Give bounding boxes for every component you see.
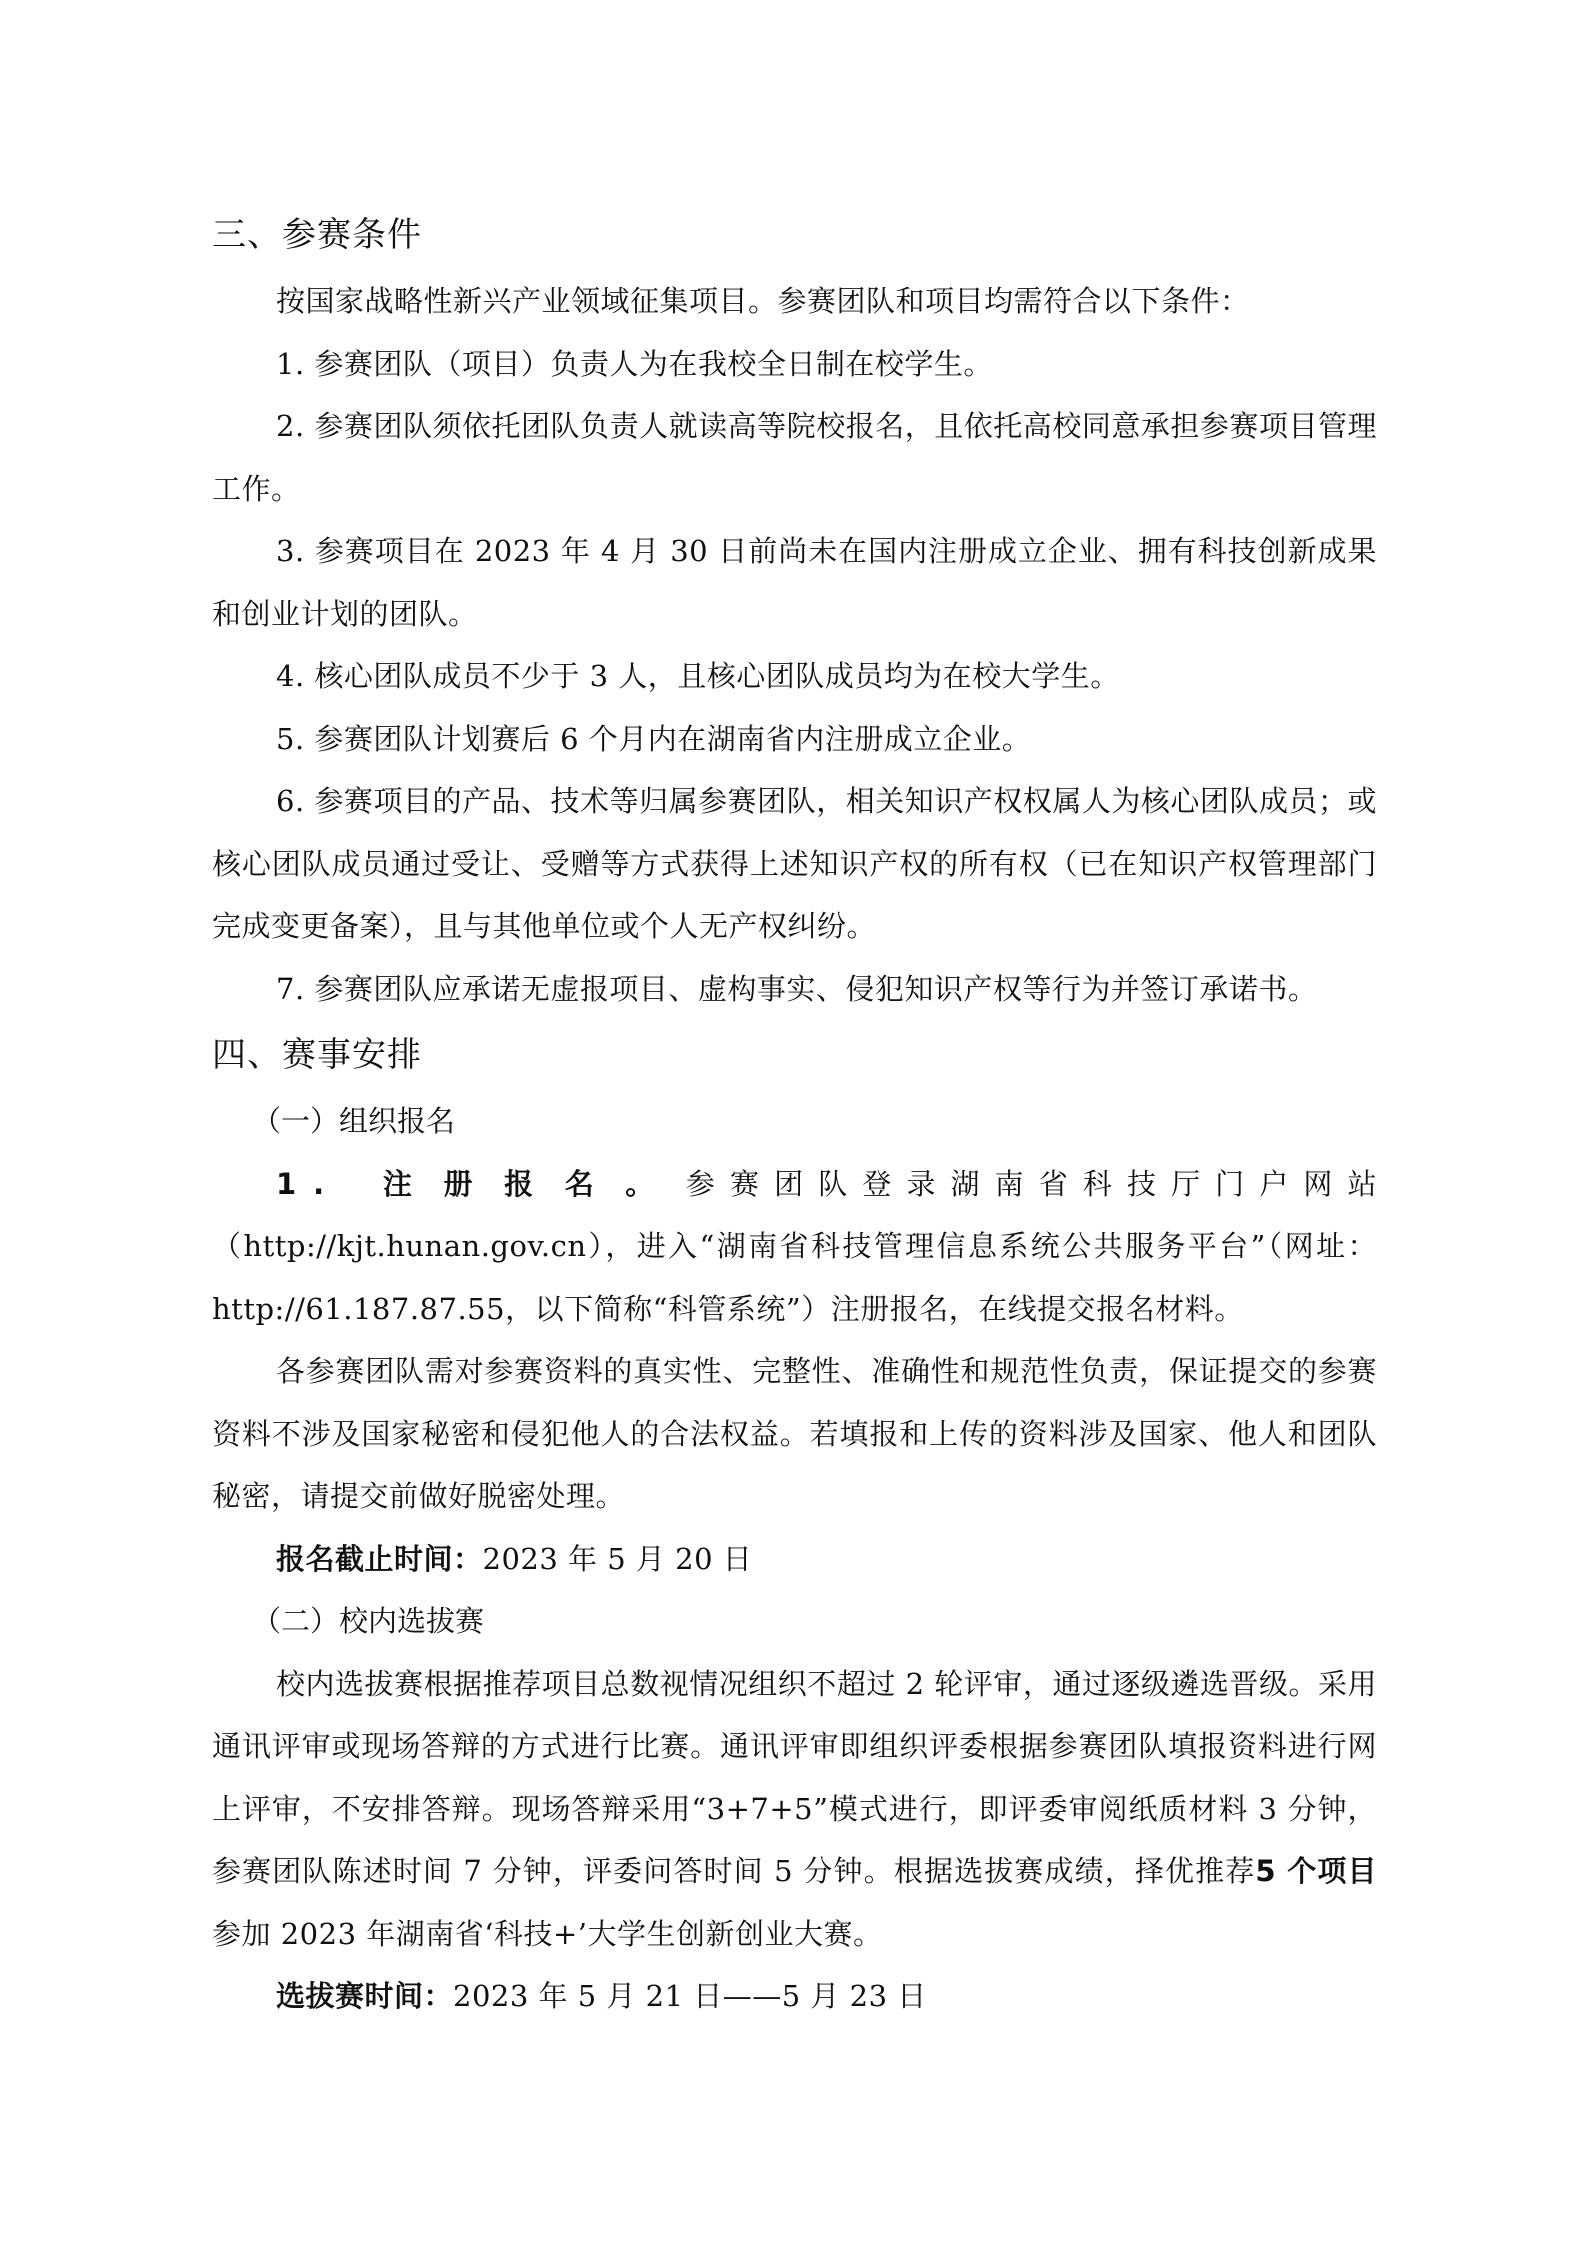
deadline-label: 报名截止时间：: [276, 1542, 483, 1576]
section-heading-participation-conditions: 三、参赛条件: [212, 200, 1377, 270]
subsection-heading-registration: （一）组织报名: [212, 1090, 1377, 1153]
condition-item-4: 4. 核心团队成员不少于 3 人，且核心团队成员均为在校大学生。: [212, 645, 1377, 708]
registration-label: 1. 注册报名。: [276, 1167, 686, 1201]
condition-item-2: 2. 参赛团队须依托团队负责人就读高等院校报名，且依托高校同意承担参赛项目管理工…: [212, 395, 1377, 520]
selection-time-value: 2023 年 5 月 21 日——5 月 23 日: [453, 1979, 927, 2013]
registration-deadline: 报名截止时间：2023 年 5 月 20 日: [212, 1528, 1377, 1591]
section-heading-event-arrangement: 四、赛事安排: [212, 1020, 1377, 1090]
condition-item-1: 1. 参赛团队（项目）负责人为在我校全日制在校学生。: [212, 333, 1377, 396]
condition-item-7: 7. 参赛团队应承诺无虚报项目、虚构事实、侵犯知识产权等行为并签订承诺书。: [212, 958, 1377, 1021]
registration-paragraph: 1. 注册报名。参赛团队登录湖南省科技厅门户网站（http://kjt.huna…: [212, 1153, 1377, 1341]
responsibility-paragraph: 各参赛团队需对参赛资料的真实性、完整性、准确性和规范性负责，保证提交的参赛资料不…: [212, 1340, 1377, 1528]
selection-text-end: 参加 2023 年湖南省‘科技+’大学生创新创业大赛。: [212, 1917, 882, 1951]
selection-bold-count: 5 个项目: [1255, 1854, 1377, 1888]
condition-item-5: 5. 参赛团队计划赛后 6 个月内在湖南省内注册成立企业。: [212, 708, 1377, 771]
selection-paragraph: 校内选拔赛根据推荐项目总数视情况组织不超过 2 轮评审，通过逐级遴选晋级。采用通…: [212, 1653, 1377, 1966]
deadline-value: 2023 年 5 月 20 日: [483, 1542, 753, 1576]
selection-time-label: 选拔赛时间：: [276, 1979, 453, 2013]
section-intro: 按国家战略性新兴产业领域征集项目。参赛团队和项目均需符合以下条件：: [212, 270, 1377, 333]
selection-time: 选拔赛时间：2023 年 5 月 21 日——5 月 23 日: [212, 1965, 1377, 2028]
condition-item-3: 3. 参赛项目在 2023 年 4 月 30 日前尚未在国内注册成立企业、拥有科…: [212, 520, 1377, 645]
subsection-heading-selection: （二）校内选拔赛: [212, 1590, 1377, 1653]
document-page: 三、参赛条件 按国家战略性新兴产业领域征集项目。参赛团队和项目均需符合以下条件：…: [212, 200, 1377, 2028]
selection-text: 校内选拔赛根据推荐项目总数视情况组织不超过 2 轮评审，通过逐级遴选晋级。采用通…: [212, 1667, 1377, 1889]
condition-item-6: 6. 参赛项目的产品、技术等归属参赛团队，相关知识产权权属人为核心团队成员；或核…: [212, 770, 1377, 958]
